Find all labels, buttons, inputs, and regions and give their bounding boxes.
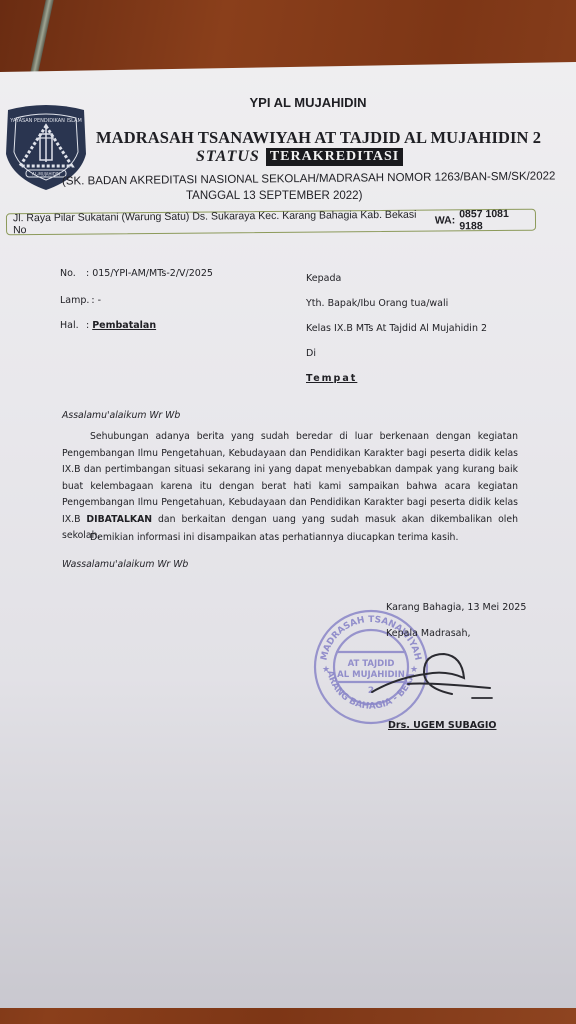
wa-number: 0857 1081 9188 — [459, 208, 535, 233]
svg-text:★: ★ — [322, 665, 330, 675]
subject-label: Hal. — [60, 320, 86, 331]
status-label: STATUS — [196, 148, 260, 166]
signer-name: Drs. UGEM SUBAGIO — [388, 720, 496, 731]
recipient-yth: Yth. Bapak/Ibu Orang tua/wali — [306, 291, 487, 316]
handwritten-signature-icon — [366, 648, 498, 708]
attachment-value: : - — [91, 295, 101, 320]
body-paragraph-2: Demikian informasi ini disampaikan atas … — [62, 530, 518, 547]
place-date: Karang Bahagia, 13 Mei 2025 — [386, 602, 526, 613]
body-paragraph-1: Sehubungan adanya berita yang sudah bere… — [62, 429, 518, 545]
status-badge: TERAKREDITASI — [266, 148, 403, 166]
address-box: Jl. Raya Pilar Sukatani (Warung Satu) Ds… — [6, 209, 536, 236]
decree-line-2: TANGGAL 13 SEPTEMBER 2022) — [186, 190, 362, 202]
attachment-label: Lamp. — [60, 295, 89, 320]
table-surface-detail — [30, 0, 53, 72]
paragraph-1-text: Sehubungan adanya berita yang sudah bere… — [62, 431, 518, 525]
recipient-block: Kepada Yth. Bapak/Ibu Orang tua/wali Kel… — [306, 266, 487, 391]
svg-text:YAYASAN PENDIDIKAN ISLAM: YAYASAN PENDIDIKAN ISLAM — [9, 118, 82, 124]
recipient-place: Tempat — [306, 366, 487, 391]
school-name: MADRASAH TSANAWIYAH AT TAJDID AL MUJAHID… — [96, 128, 541, 148]
signer-position: Kepala Madrasah, — [386, 628, 471, 639]
wa-label: WA: — [435, 214, 456, 226]
organization-name: YPI AL MUJAHIDIN — [0, 95, 576, 110]
recipient-di: Di — [306, 341, 487, 366]
svg-text:AL-MUJAHIDIN: AL-MUJAHIDIN — [32, 172, 60, 177]
cancellation-emphasis: DIBATALKAN — [86, 514, 152, 525]
letter-meta: No. : 015/YPI-AM/MTs-2/V/2025 Lamp. : - … — [60, 268, 213, 331]
accreditation-status: STATUS TERAKREDITASI — [196, 148, 403, 166]
recipient-class: Kelas IX.B MTs At Tajdid Al Mujahidin 2 — [306, 316, 487, 341]
number-value: : 015/YPI-AM/MTs-2/V/2025 — [86, 268, 213, 295]
subject-separator: : — [86, 320, 89, 331]
subject-value: Pembatalan — [92, 320, 156, 331]
recipient-kepada: Kepada — [306, 266, 487, 291]
closing: Wassalamu'alaikum Wr Wb — [62, 557, 518, 574]
greeting: Assalamu'alaikum Wr Wb — [62, 408, 518, 425]
number-label: No. — [60, 268, 86, 295]
address-text: Jl. Raya Pilar Sukatani (Warung Satu) Ds… — [13, 209, 432, 237]
